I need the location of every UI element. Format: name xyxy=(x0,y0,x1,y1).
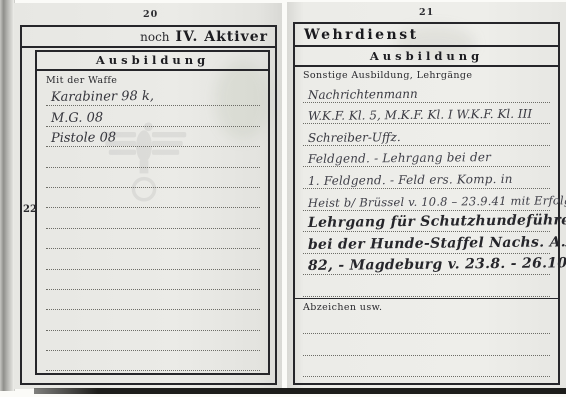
right-page-frame: Wehrdienst Ausbildung Sonstige Ausbildun… xyxy=(293,22,560,385)
field-label-abzeichen: Abzeichen usw. xyxy=(303,302,550,313)
handwritten-entry: W.K.F. Kl. 5, M.K.F. Kl. I W.K.F. Kl. II… xyxy=(308,107,532,123)
ruled-line: Lehrgang für Schutzhundeführer xyxy=(303,211,550,233)
section-divider xyxy=(295,298,558,299)
field-label-mit-der-waffe: Mit der Waffe xyxy=(46,75,260,86)
ruled-line xyxy=(46,310,260,330)
ruled-line: 82, - Magdeburg v. 23.8. - 26.10.43 xyxy=(303,254,550,276)
handwritten-entry: Pistole 08 xyxy=(51,130,116,146)
ruled-line xyxy=(46,290,260,310)
header-wehrdienst: Wehrdienst xyxy=(295,24,558,47)
ruled-line xyxy=(46,351,260,371)
ruled-line: Nachrichtenmann xyxy=(303,81,550,103)
handwritten-entry: Feldgend. - Lehrgang bei der xyxy=(308,150,491,166)
ruled-line: Heist b/ Brüssel v. 10.8 – 23.9.41 mit E… xyxy=(303,189,550,211)
document-scan: { "left_page": { "page_number": "20", "m… xyxy=(0,0,566,397)
left-page-header: noch IV. Aktiver xyxy=(22,27,275,48)
right-page-content: Sonstige Ausbildung, Lehrgänge Nachricht… xyxy=(295,67,558,377)
margin-number: 22 xyxy=(23,204,35,215)
ruled-line: 1. Feldgend. - Feld ers. Komp. in xyxy=(303,167,550,189)
ruled-line xyxy=(46,229,260,249)
field-label-sonstige-ausbildung: Sonstige Ausbildung, Lehrgänge xyxy=(303,70,550,81)
left-page-content: Mit der Waffe Karabiner 98 k, M.G. 08 Pi… xyxy=(37,71,268,371)
book-binding-edge xyxy=(0,0,15,391)
handwritten-entry: Lehrgang für Schutzhundeführer xyxy=(308,212,566,231)
section-title-ausbildung: Ausbildung xyxy=(37,52,268,71)
ruled-line: Feldgend. - Lehrgang bei der xyxy=(303,146,550,168)
ruled-line xyxy=(46,331,260,351)
handwritten-entry: 1. Feldgend. - Feld ers. Komp. in xyxy=(308,172,513,188)
handwritten-entry: bei der Hunde-Staffel Nachs. A.A. xyxy=(308,234,566,253)
ruled-line xyxy=(303,313,550,334)
ruled-line: Schreiber-Uffz. xyxy=(303,124,550,146)
handwritten-entry: Nachrichtenmann xyxy=(308,86,418,101)
handwritten-entry: 82, - Magdeburg v. 23.8. - 26.10.43 xyxy=(308,255,566,274)
header-title: IV. Aktiver xyxy=(176,29,268,45)
ruled-line: Karabiner 98 k, xyxy=(46,86,260,106)
handwritten-entry: M.G. 08 xyxy=(51,110,103,126)
left-page-body: 22 Ausbildung Mit der Waffe Karabiner 98… xyxy=(22,48,275,381)
ruled-line xyxy=(46,168,260,188)
ruled-line: W.K.F. Kl. 5, M.K.F. Kl. I W.K.F. Kl. II… xyxy=(303,103,550,125)
ruled-line xyxy=(303,356,550,377)
ruled-line xyxy=(46,270,260,290)
handwritten-entry: Karabiner 98 k, xyxy=(51,89,154,105)
left-page-frame: noch IV. Aktiver 22 Ausbildung Mit der W… xyxy=(20,25,277,385)
left-inner-frame: Ausbildung Mit der Waffe Karabiner 98 k,… xyxy=(35,50,270,375)
handwritten-entry: Schreiber-Uffz. xyxy=(308,130,401,145)
page-number-left: 20 xyxy=(143,9,158,20)
ruled-line xyxy=(46,208,260,228)
ruled-line: Pistole 08 xyxy=(46,127,260,147)
ruled-line: bei der Hunde-Staffel Nachs. A.A. xyxy=(303,232,550,254)
handwritten-entry: Heist b/ Brüssel v. 10.8 – 23.9.41 mit E… xyxy=(308,193,566,210)
section-title-ausbildung: Ausbildung xyxy=(295,47,558,67)
page-number-right: 21 xyxy=(419,7,434,18)
ruled-line xyxy=(303,334,550,355)
book-bottom-edge-shadow xyxy=(34,388,566,394)
ruled-line xyxy=(46,188,260,208)
header-prefix: noch xyxy=(140,30,169,44)
ruled-line xyxy=(303,275,550,297)
ruled-line: M.G. 08 xyxy=(46,106,260,126)
ruled-line xyxy=(46,147,260,167)
ruled-line xyxy=(46,249,260,269)
